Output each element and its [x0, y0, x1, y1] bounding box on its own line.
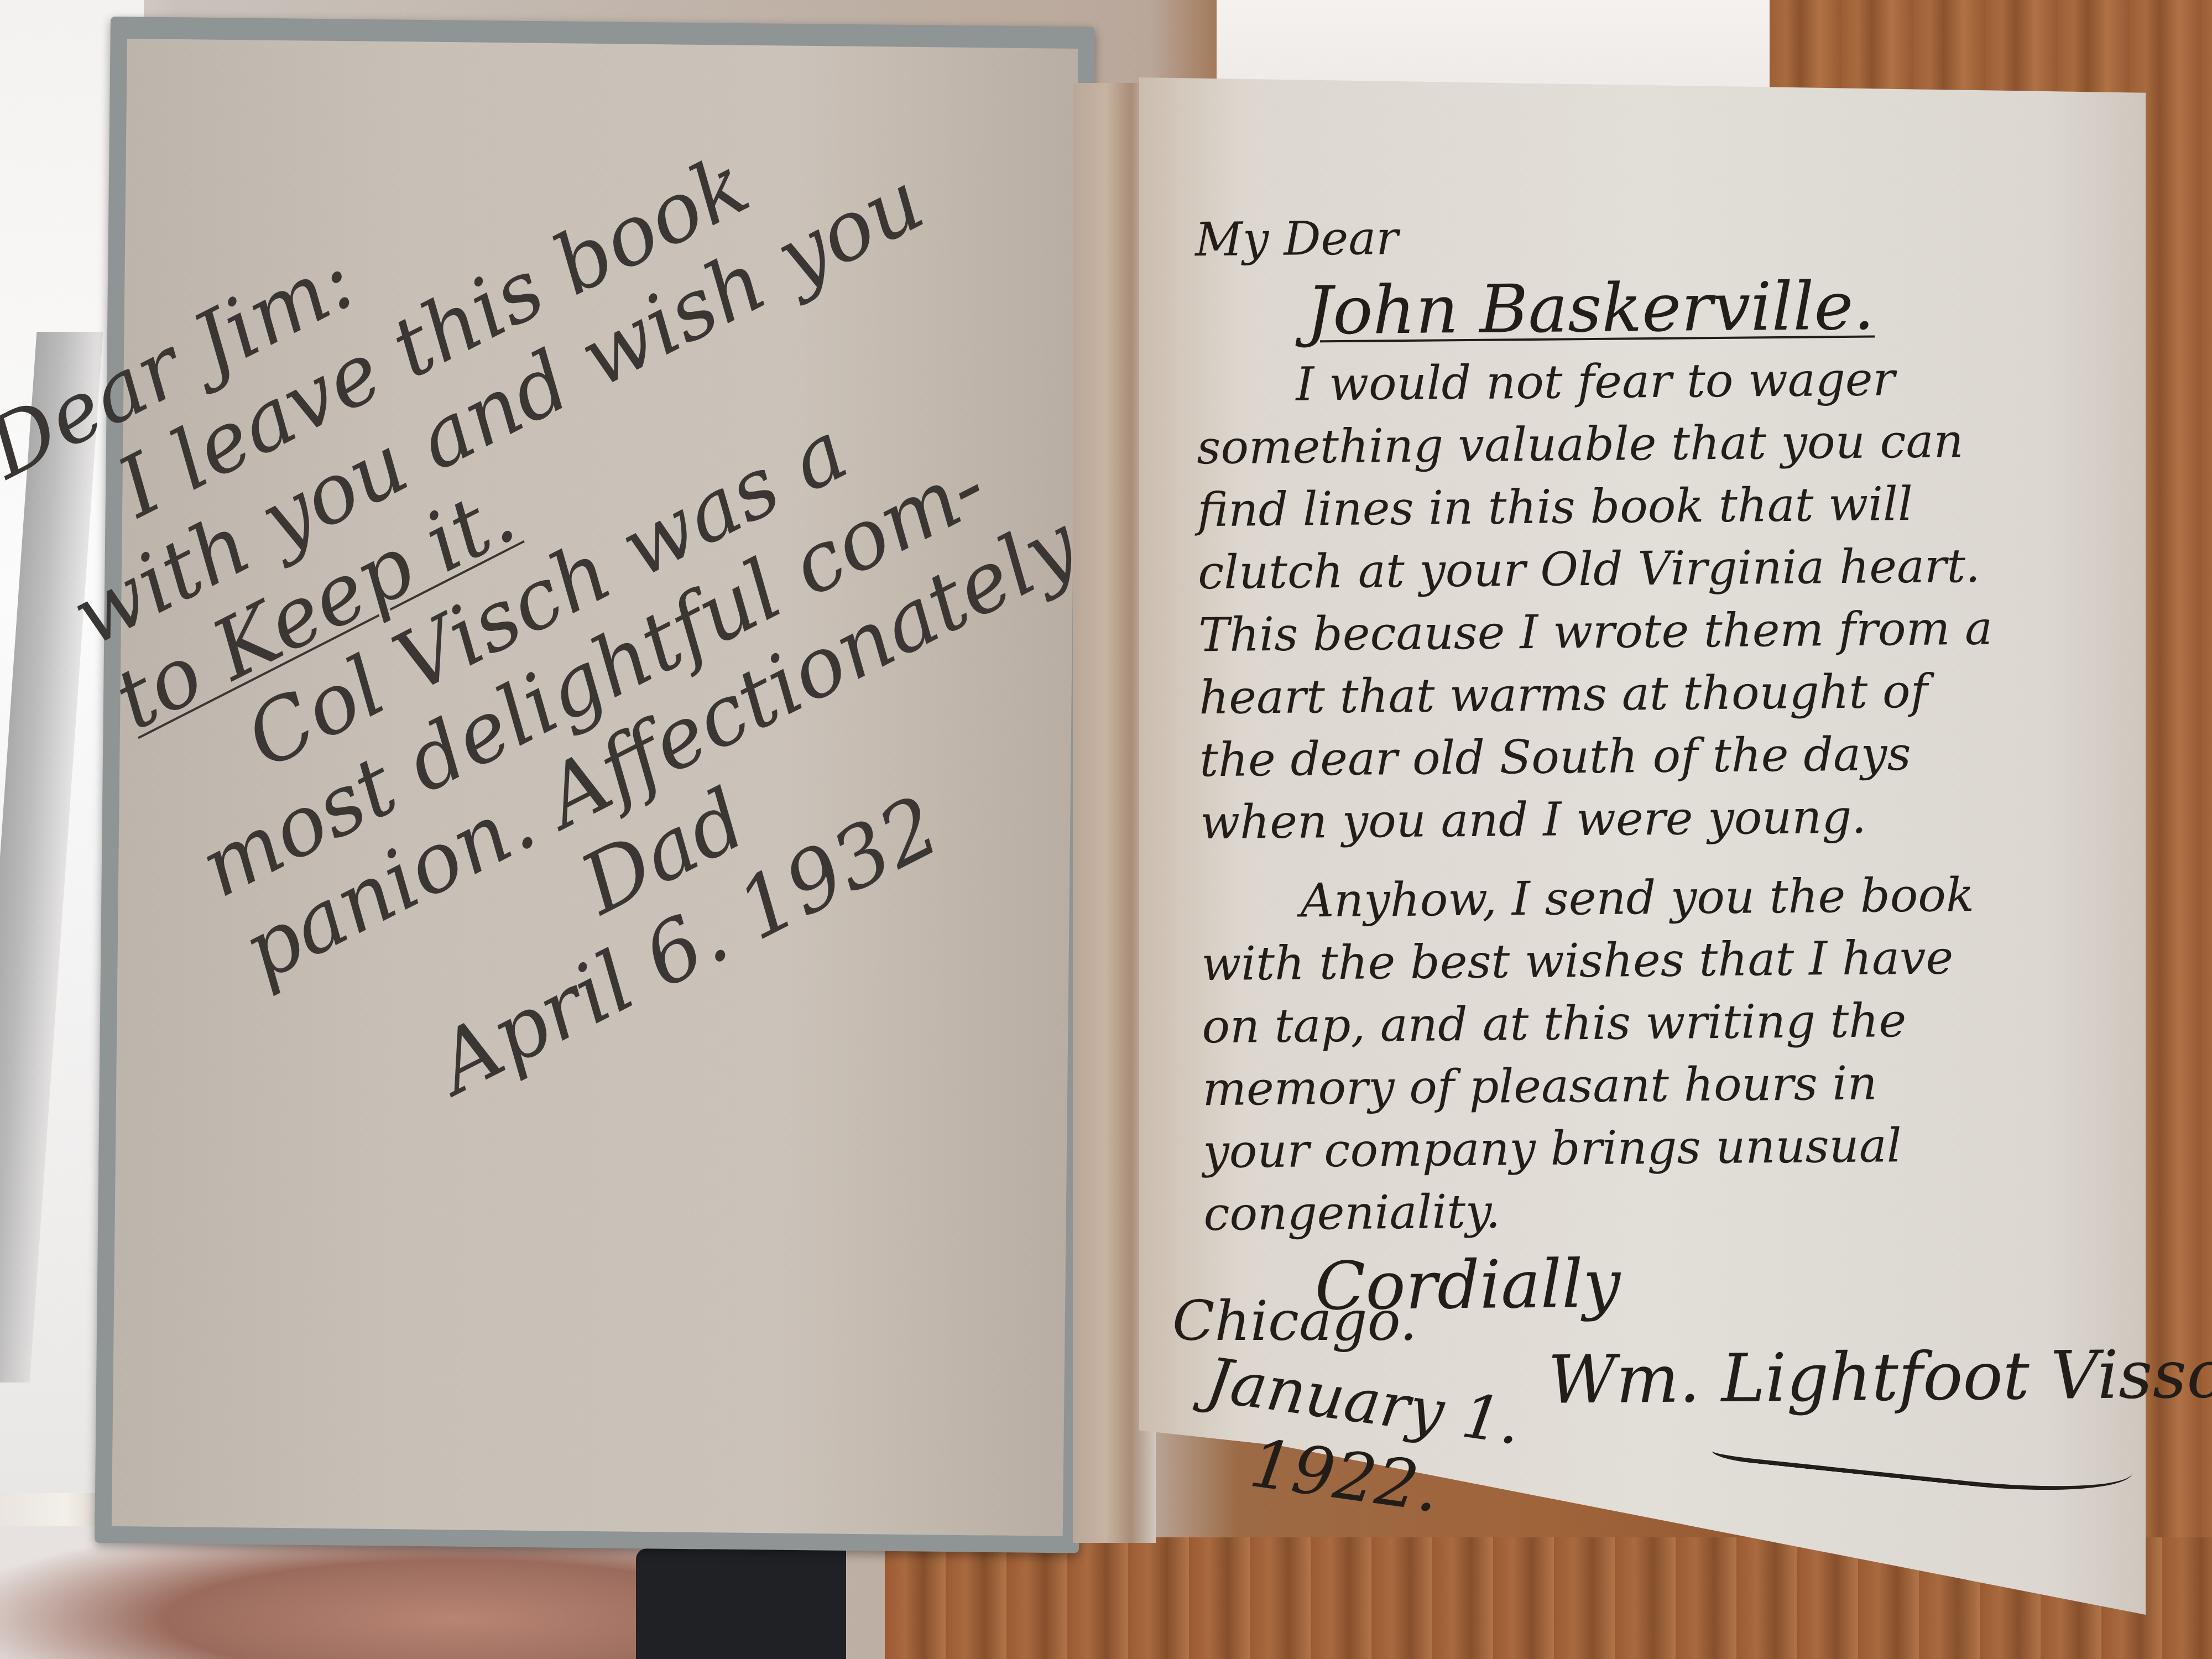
- letter-place: Chicago.: [1172, 1288, 1417, 1353]
- letter-line: something valuable that you can: [1197, 409, 2110, 479]
- letter-line: congeniality.: [1203, 1175, 2116, 1245]
- letter-line: This because I wrote them from a: [1198, 596, 2111, 666]
- letter-line: Anyhow, I send you the book: [1201, 863, 2114, 933]
- letter-line: on tap, and at this writing the: [1202, 988, 2115, 1058]
- letter-salutation: My Dear: [1195, 201, 2108, 271]
- letter-line: when you and I were young.: [1200, 784, 2113, 854]
- letter-line: with the best wishes that I have: [1201, 925, 2114, 995]
- letter-line: find lines in this book that will: [1197, 471, 2110, 541]
- letter-line: your company brings unusual: [1203, 1113, 2116, 1183]
- letter-line: clutch at your Old Virginia heart.: [1198, 534, 2111, 604]
- right-letter: My Dear John Baskerville. I would not fe…: [1195, 201, 2118, 1415]
- letter-line: heart that warms at thought of: [1199, 659, 2112, 729]
- letter-line: I would not fear to wager: [1196, 346, 2109, 416]
- letter-recipient: John Baskerville.: [1196, 263, 2109, 354]
- letter-line: memory of pleasant hours in: [1202, 1050, 2115, 1120]
- watch-strap: [636, 1548, 846, 1659]
- letter-line: the dear old South of the days: [1199, 721, 2112, 791]
